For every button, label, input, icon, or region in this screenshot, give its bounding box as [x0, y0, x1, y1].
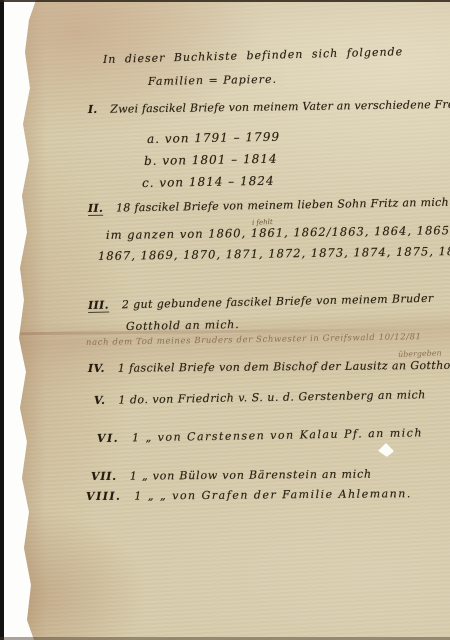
- entry-numeral: III.: [88, 299, 109, 313]
- entry-text: Gotthold an mich.: [126, 318, 240, 333]
- entry-I-c: c. von 1814 – 1824: [142, 174, 275, 190]
- entry-VII: VII.1 „ von Bülow von Bärenstein an mich: [91, 468, 372, 483]
- scanned-manuscript-page: In dieser Buchkiste befinden sich folgen…: [0, 0, 450, 640]
- entry-text: 1 „ von Bülow von Bärenstein an mich: [130, 468, 372, 483]
- entry-numeral: VIII.: [86, 490, 121, 503]
- entry-text: 1 „ „ von Grafen der Familie Ahlemann.: [134, 487, 412, 502]
- entry-numeral: VII.: [91, 470, 117, 483]
- scan-top-edge: [0, 0, 450, 2]
- entry-text: c. von 1814 – 1824: [142, 174, 275, 190]
- heading-line-2: Familien = Papiere.: [148, 73, 277, 88]
- entry-numeral: V.: [94, 394, 106, 407]
- entry-text: a. von 1791 – 1799: [147, 130, 280, 146]
- entry-numeral: VI.: [97, 432, 119, 445]
- entry-numeral: II.: [88, 202, 103, 216]
- entry-numeral: IV.: [88, 362, 105, 375]
- faint-annotation-fragment: übergeben: [398, 348, 442, 359]
- entry-text: b. von 1801 – 1814: [144, 152, 278, 168]
- entry-III-continued: Gotthold an mich.: [126, 318, 240, 333]
- scan-black-edge: [0, 0, 4, 640]
- entry-I-b: b. von 1801 – 1814: [144, 152, 278, 168]
- entry-I-a: a. von 1791 – 1799: [147, 130, 280, 146]
- entry-numeral: I.: [88, 103, 98, 116]
